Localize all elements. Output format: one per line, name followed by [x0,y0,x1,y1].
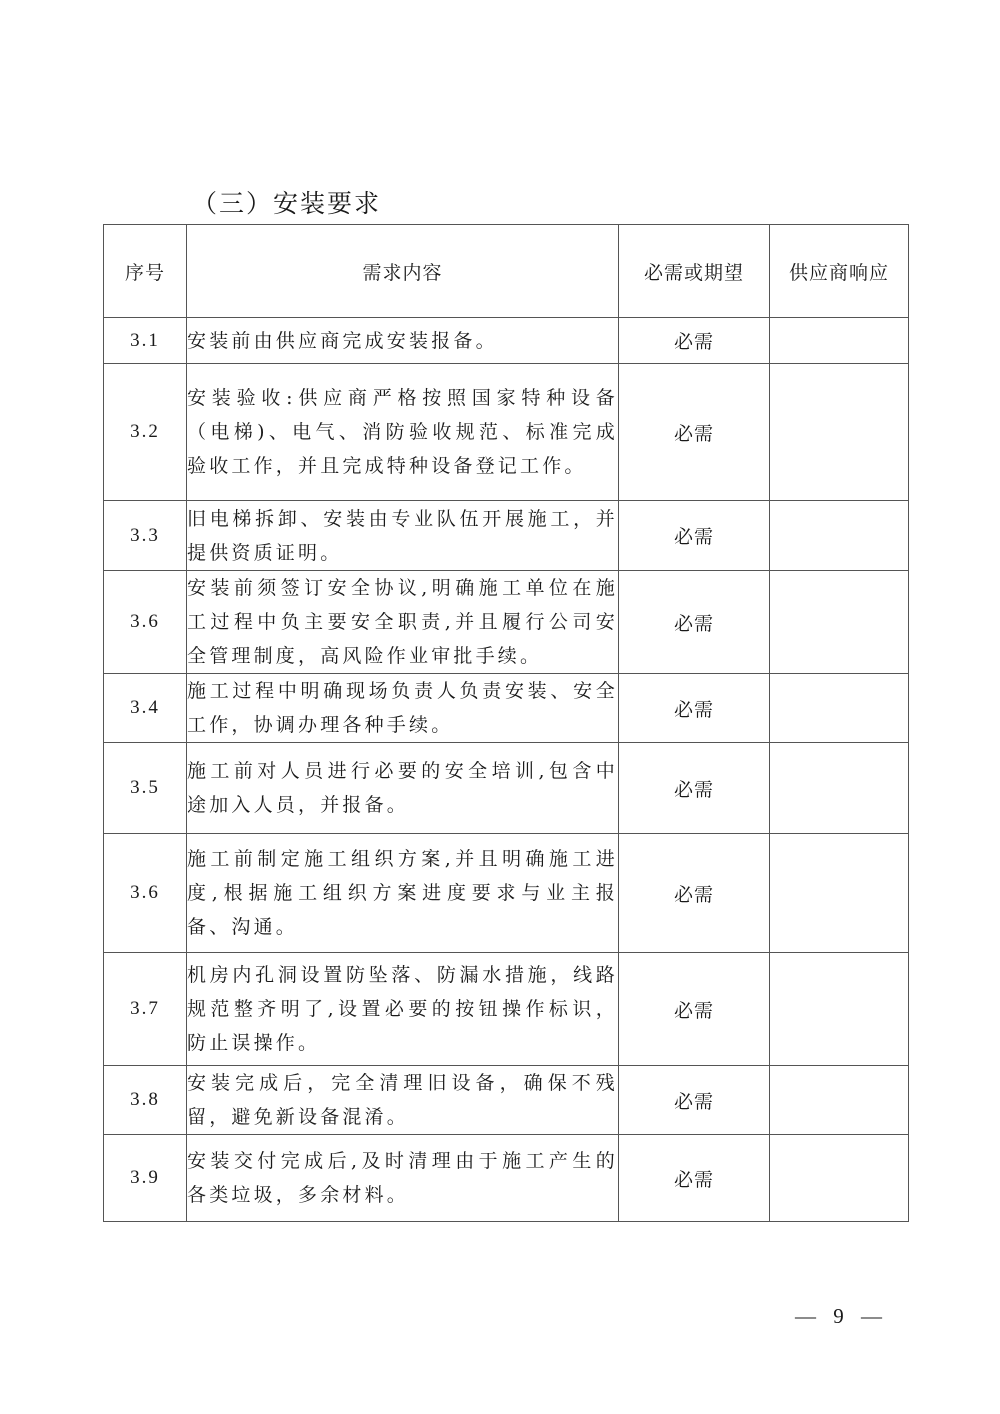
row-content: 安装交付完成后,及时清理由于施工产生的各类垃圾，多余材料。 [187,1135,619,1222]
row-number: 3.6 [104,571,187,674]
row-response [770,1066,909,1135]
row-content: 安装验收:供应商严格按照国家特种设备（电梯)、电气、消防验收规范、标准完成验收工… [187,364,619,501]
row-number: 3.4 [104,674,187,743]
row-content: 机房内孔洞设置防坠落、防漏水措施，线路规范整齐明了,设置必要的按钮操作标识，防止… [187,953,619,1066]
row-number: 3.1 [104,318,187,364]
row-response [770,318,909,364]
row-requirement: 必需 [619,953,770,1066]
row-number: 3.5 [104,743,187,834]
row-number: 3.9 [104,1135,187,1222]
header-response: 供应商响应 [770,225,909,318]
page-number: — 9 — [795,1304,888,1329]
row-requirement: 必需 [619,834,770,953]
row-content: 安装前由供应商完成安装报备。 [187,318,619,364]
table-header-row: 序号 需求内容 必需或期望 供应商响应 [104,225,909,318]
header-number: 序号 [104,225,187,318]
row-content: 安装前须签订安全协议,明确施工单位在施工过程中负主要安全职责,并且履行公司安全管… [187,571,619,674]
row-response [770,1135,909,1222]
table-row: 3.2安装验收:供应商严格按照国家特种设备（电梯)、电气、消防验收规范、标准完成… [104,364,909,501]
row-requirement: 必需 [619,674,770,743]
row-requirement: 必需 [619,318,770,364]
row-response [770,364,909,501]
table-row: 3.4施工过程中明确现场负责人负责安装、安全工作，协调办理各种手续。必需 [104,674,909,743]
row-requirement: 必需 [619,364,770,501]
row-number: 3.8 [104,1066,187,1135]
row-number: 3.3 [104,501,187,571]
row-requirement: 必需 [619,571,770,674]
table-row: 3.1安装前由供应商完成安装报备。必需 [104,318,909,364]
row-response [770,501,909,571]
row-content: 施工前制定施工组织方案,并且明确施工进度,根据施工组织方案进度要求与业主报备、沟… [187,834,619,953]
row-requirement: 必需 [619,1135,770,1222]
row-content: 旧电梯拆卸、安装由专业队伍开展施工，并提供资质证明。 [187,501,619,571]
row-response [770,571,909,674]
table-row: 3.3旧电梯拆卸、安装由专业队伍开展施工，并提供资质证明。必需 [104,501,909,571]
row-content: 施工过程中明确现场负责人负责安装、安全工作，协调办理各种手续。 [187,674,619,743]
table-row: 3.5施工前对人员进行必要的安全培训,包含中途加入人员，并报备。必需 [104,743,909,834]
table-row: 3.7机房内孔洞设置防坠落、防漏水措施，线路规范整齐明了,设置必要的按钮操作标识… [104,953,909,1066]
row-requirement: 必需 [619,501,770,571]
table-row: 3.8安装完成后，完全清理旧设备，确保不残留，避免新设备混淆。必需 [104,1066,909,1135]
table-row: 3.6施工前制定施工组织方案,并且明确施工进度,根据施工组织方案进度要求与业主报… [104,834,909,953]
row-requirement: 必需 [619,743,770,834]
row-response [770,834,909,953]
section-title: （三）安装要求 [192,184,381,220]
header-requirement: 必需或期望 [619,225,770,318]
row-number: 3.7 [104,953,187,1066]
row-number: 3.6 [104,834,187,953]
table-row: 3.6安装前须签订安全协议,明确施工单位在施工过程中负主要安全职责,并且履行公司… [104,571,909,674]
table-row: 3.9安装交付完成后,及时清理由于施工产生的各类垃圾，多余材料。必需 [104,1135,909,1222]
row-requirement: 必需 [619,1066,770,1135]
header-content: 需求内容 [187,225,619,318]
row-content: 施工前对人员进行必要的安全培训,包含中途加入人员，并报备。 [187,743,619,834]
row-response [770,953,909,1066]
row-content: 安装完成后，完全清理旧设备，确保不残留，避免新设备混淆。 [187,1066,619,1135]
row-response [770,674,909,743]
row-response [770,743,909,834]
requirements-table: 序号 需求内容 必需或期望 供应商响应 3.1安装前由供应商完成安装报备。必需3… [103,224,909,1222]
row-number: 3.2 [104,364,187,501]
